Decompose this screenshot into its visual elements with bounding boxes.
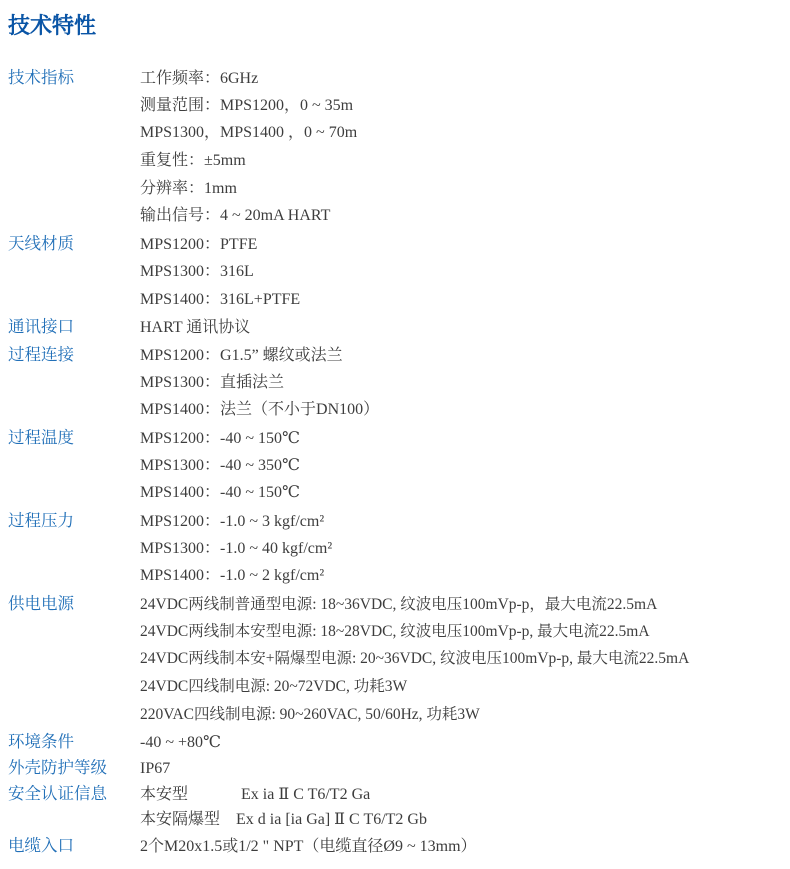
spec-row: 本安隔爆型Ex d ia [ia Ga] Ⅱ C T6/T2 Gb	[8, 807, 780, 833]
spec-value: MPS1400：-40 ~ 150℃	[140, 479, 300, 507]
spec-value: 24VDC两线制本安+隔爆型电源: 20~36VDC, 纹波电压100mVp-p…	[140, 645, 689, 673]
spec-value: 输出信号：4 ~ 20mA HART	[140, 202, 330, 230]
spec-value: -40 ~ +80℃	[140, 730, 221, 756]
spec-row: MPS1300：直插法兰	[8, 369, 780, 397]
spec-row: MPS1300：-1.0 ~ 40 kgf/cm²	[8, 535, 780, 563]
spec-value: MPS1200：G1.5” 螺纹或法兰	[140, 342, 343, 370]
cert-type: 本安隔爆型	[140, 807, 236, 833]
spec-row: 供电电源 24VDC两线制普通型电源: 18~36VDC, 纹波电压100mVp…	[8, 590, 780, 618]
spec-row: 220VAC四线制电源: 90~260VAC, 50/60Hz, 功耗3W	[8, 701, 780, 729]
page-title: 技术特性	[8, 14, 780, 38]
datasheet-page: 技术特性 技术指标 工作频率：6GHz 测量范围：MPS1200，0 ~ 35m…	[0, 0, 790, 869]
spec-value: MPS1300：直插法兰	[140, 369, 284, 397]
spec-row: 通讯接口 HART 通讯协议	[8, 313, 780, 341]
spec-value: 2个M20x1.5或1/2 " NPT（电缆直径Ø9 ~ 13mm）	[140, 834, 477, 860]
spec-value: MPS1200：-40 ~ 150℃	[140, 425, 300, 453]
spec-value: MPS1400：316L+PTFE	[140, 286, 300, 314]
spec-row: MPS1300：-40 ~ 350℃	[8, 452, 780, 480]
spec-value: HART 通讯协议	[140, 314, 250, 342]
spec-label: 外壳防护等级	[8, 755, 140, 781]
spec-value: MPS1200：PTFE	[140, 231, 257, 259]
spec-row: 分辨率：1mm	[8, 175, 780, 203]
spec-value: MPS1300：316L	[140, 258, 254, 286]
spec-label: 过程连接	[8, 341, 140, 369]
spec-label: 安全认证信息	[8, 781, 140, 807]
spec-row: 安全认证信息 本安型Ex ia Ⅱ C T6/T2 Ga	[8, 781, 780, 807]
cert-code: Ex d ia [ia Ga] Ⅱ C T6/T2 Gb	[236, 811, 427, 828]
spec-row: 过程温度 MPS1200：-40 ~ 150℃	[8, 424, 780, 452]
spec-value: 24VDC四线制电源: 20~72VDC, 功耗3W	[140, 673, 407, 701]
spec-value: MPS1300，MPS1400 ，0 ~ 70m	[140, 119, 357, 147]
spec-row: 24VDC两线制本安型电源: 18~28VDC, 纹波电压100mVp-p, 最…	[8, 618, 780, 646]
cert-code: Ex ia Ⅱ C T6/T2 Ga	[241, 786, 370, 803]
spec-row: 过程连接 MPS1200：G1.5” 螺纹或法兰	[8, 341, 780, 369]
cert-type: 本安型	[140, 782, 241, 808]
spec-value: MPS1200：-1.0 ~ 3 kgf/cm²	[140, 508, 324, 536]
spec-value: 重复性：±5mm	[140, 147, 246, 175]
spec-row: 电缆入口 2个M20x1.5或1/2 " NPT（电缆直径Ø9 ~ 13mm）	[8, 833, 780, 859]
spec-row: 技术指标 工作频率：6GHz	[8, 64, 780, 92]
spec-row: MPS1300，MPS1400 ，0 ~ 70m	[8, 119, 780, 147]
spec-row: MPS1400：316L+PTFE	[8, 286, 780, 314]
spec-label: 技术指标	[8, 64, 140, 92]
spec-value: 220VAC四线制电源: 90~260VAC, 50/60Hz, 功耗3W	[140, 701, 480, 729]
spec-value: MPS1300：-40 ~ 350℃	[140, 452, 300, 480]
spec-row: MPS1400：法兰（不小于DN100）	[8, 396, 780, 424]
spec-value: 24VDC两线制本安型电源: 18~28VDC, 纹波电压100mVp-p, 最…	[140, 618, 650, 646]
spec-value: 本安隔爆型Ex d ia [ia Ga] Ⅱ C T6/T2 Gb	[140, 807, 427, 833]
spec-row: 环境条件 -40 ~ +80℃	[8, 729, 780, 755]
spec-row: 24VDC四线制电源: 20~72VDC, 功耗3W	[8, 673, 780, 701]
spec-row: 天线材质 MPS1200：PTFE	[8, 230, 780, 258]
spec-label: 过程温度	[8, 424, 140, 452]
spec-value: 24VDC两线制普通型电源: 18~36VDC, 纹波电压100mVp-p，最大…	[140, 591, 657, 619]
spec-value: MPS1400：-1.0 ~ 2 kgf/cm²	[140, 562, 324, 590]
spec-table: 技术指标 工作频率：6GHz 测量范围：MPS1200，0 ~ 35m MPS1…	[8, 64, 780, 859]
spec-label: 供电电源	[8, 590, 140, 618]
spec-row: MPS1300：316L	[8, 258, 780, 286]
spec-label: 过程压力	[8, 507, 140, 535]
spec-label: 电缆入口	[8, 833, 140, 859]
spec-row: 外壳防护等级 IP67	[8, 755, 780, 781]
spec-value: MPS1400：法兰（不小于DN100）	[140, 396, 379, 424]
spec-value: 工作频率：6GHz	[140, 65, 258, 93]
spec-value: 分辨率：1mm	[140, 175, 237, 203]
spec-row: 24VDC两线制本安+隔爆型电源: 20~36VDC, 纹波电压100mVp-p…	[8, 645, 780, 673]
spec-value: IP67	[140, 756, 170, 782]
spec-row: 输出信号：4 ~ 20mA HART	[8, 202, 780, 230]
spec-row: MPS1400：-1.0 ~ 2 kgf/cm²	[8, 562, 780, 590]
spec-row: 测量范围：MPS1200，0 ~ 35m	[8, 92, 780, 120]
spec-row: 过程压力 MPS1200：-1.0 ~ 3 kgf/cm²	[8, 507, 780, 535]
spec-row: 重复性：±5mm	[8, 147, 780, 175]
spec-label: 环境条件	[8, 729, 140, 755]
spec-label: 通讯接口	[8, 313, 140, 341]
spec-row: MPS1400：-40 ~ 150℃	[8, 479, 780, 507]
spec-value: MPS1300：-1.0 ~ 40 kgf/cm²	[140, 535, 332, 563]
spec-value: 测量范围：MPS1200，0 ~ 35m	[140, 92, 353, 120]
spec-label: 天线材质	[8, 230, 140, 258]
spec-value: 本安型Ex ia Ⅱ C T6/T2 Ga	[140, 782, 370, 808]
